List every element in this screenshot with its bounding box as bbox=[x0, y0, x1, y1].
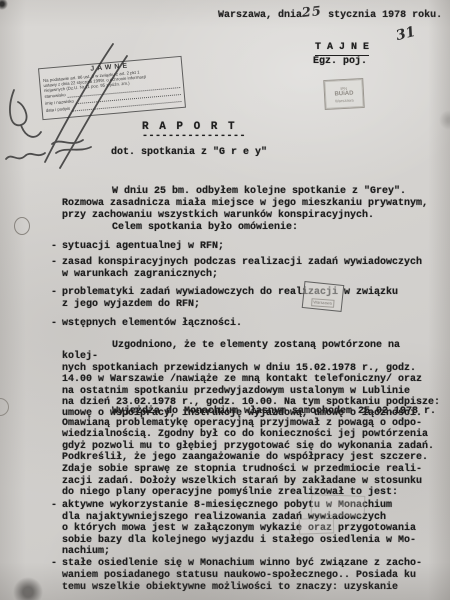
bullet-marker: - bbox=[51, 558, 57, 570]
archive-stamp-line3: Warszawa bbox=[335, 97, 354, 103]
paragraph-munich-trip: Wyjeżdża do Monachium własnym samochodem… bbox=[62, 406, 442, 499]
punch-hole-top bbox=[14, 217, 30, 235]
date-line: Warszawa, dnia25 stycznia 1978 roku. bbox=[218, 8, 442, 22]
copy-note: Egz. poj. bbox=[313, 56, 367, 68]
report-title-underline: ---------------- bbox=[142, 131, 246, 143]
handwritten-day: 25 bbox=[301, 6, 322, 20]
classification-label: T A J N E bbox=[315, 42, 369, 56]
bullet-permanent-settlement: -stałe osiedlenie się w Monachium winno … bbox=[51, 558, 436, 594]
punch-hole-bottom bbox=[0, 398, 9, 416]
scanned-report-page: Warszawa, dnia25 stycznia 1978 roku. 31 … bbox=[0, 0, 450, 600]
faint-stamp-monachium bbox=[311, 494, 366, 517]
bullet-marker: - bbox=[51, 257, 57, 269]
bullet-agent-situation: -sytuacji agentualnej w RFN; bbox=[51, 241, 436, 253]
bullet-marker: - bbox=[51, 318, 57, 330]
handwritten-page-number: 31 bbox=[394, 24, 417, 44]
paragraph-meeting-goal: Celem spotkania było omówienie: bbox=[112, 222, 342, 234]
paragraph-meeting-intro: W dniu 25 bm. odbyłem kolejne spotkanie … bbox=[62, 186, 442, 222]
declassification-stamp: JAWNE Na podstawie art. 86 ust. 3 w zwią… bbox=[38, 56, 186, 120]
archive-stamp-buiad: IPN BUiAD Warszawa bbox=[323, 78, 365, 110]
bullet-marker: - bbox=[51, 287, 57, 299]
bullet-intel-tasks: -problematyki zadań wywiadowczych do rea… bbox=[51, 287, 436, 311]
bullet-marker: - bbox=[51, 241, 57, 253]
inline-archive-stamp-text: Warszawa bbox=[311, 298, 334, 308]
date-prefix: Warszawa, dnia bbox=[218, 10, 302, 21]
bullet-marker: - bbox=[51, 500, 57, 512]
bullet-munich-stay: -aktywne wykorzystanie 8-miesięcznego po… bbox=[51, 500, 436, 558]
bullet-conspiracy-rules: -zasad konspiracyjnych podczas realizacj… bbox=[51, 257, 436, 281]
inline-archive-stamp: Warszawa bbox=[302, 281, 345, 312]
date-suffix: stycznia 1978 roku. bbox=[328, 10, 442, 21]
report-subject: dot. spotkania z "G r e y" bbox=[111, 147, 267, 159]
faint-stamp-oraz bbox=[299, 517, 335, 534]
bullet-communication-elements: -wstępnych elementów łączności. bbox=[51, 318, 436, 330]
